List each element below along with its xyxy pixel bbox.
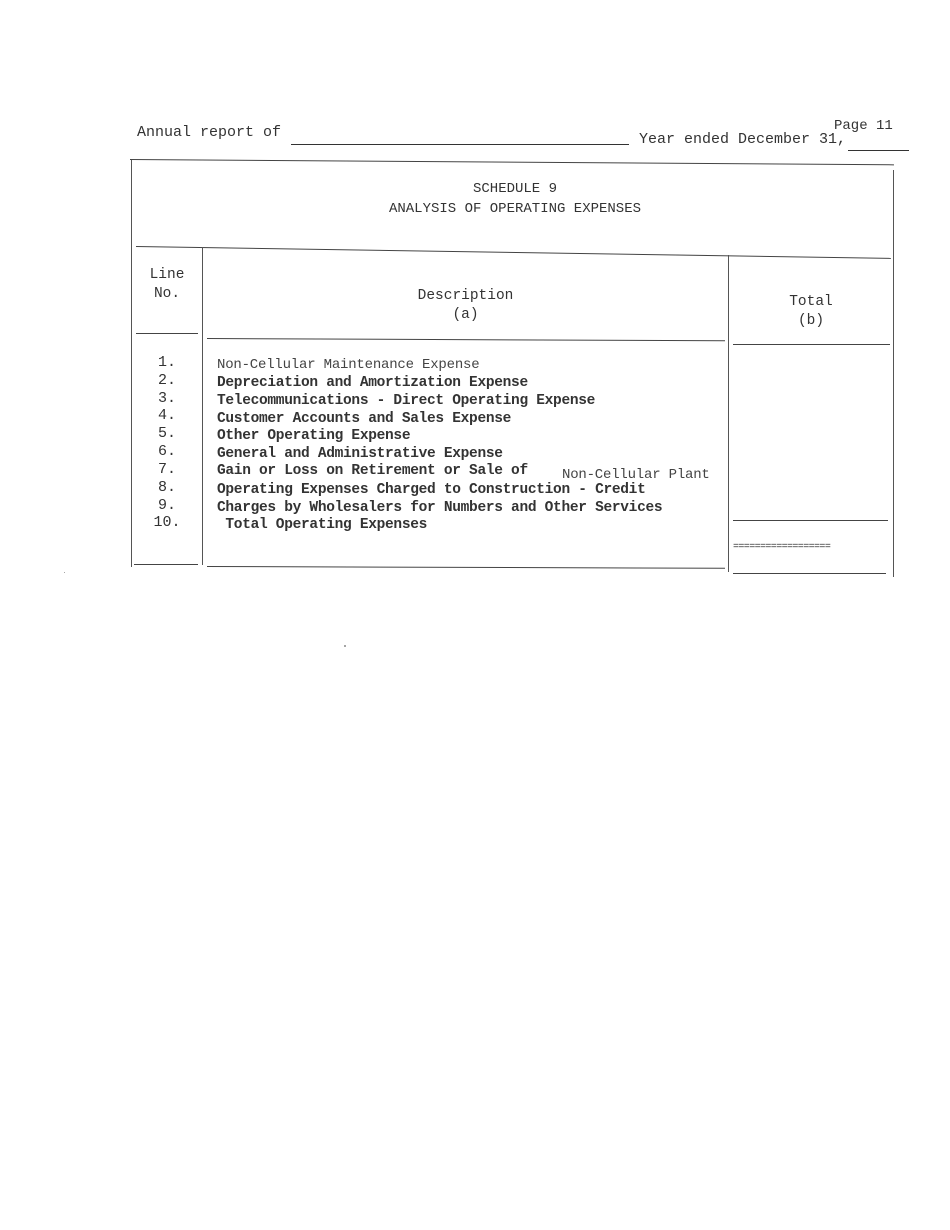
bottom-rule-desc bbox=[207, 566, 725, 569]
bottom-rule-total bbox=[733, 573, 886, 574]
column-header-description-text: Description bbox=[203, 287, 728, 306]
line-number: 10. bbox=[132, 514, 202, 531]
line-number: 8. bbox=[132, 479, 202, 496]
company-name-field[interactable] bbox=[291, 144, 629, 145]
line-number: 2. bbox=[132, 372, 202, 389]
row-description: Customer Accounts and Sales Expense bbox=[217, 411, 511, 427]
line-number: 4. bbox=[132, 407, 202, 424]
line-number: 5. bbox=[132, 425, 202, 442]
year-field[interactable] bbox=[848, 150, 909, 151]
row-description: General and Administrative Expense bbox=[217, 446, 503, 462]
total-double-underline: ================== bbox=[733, 542, 830, 553]
year-ended-label: Year ended December 31, bbox=[639, 131, 846, 148]
total-single-rule bbox=[733, 520, 888, 521]
row-description: Other Operating Expense bbox=[217, 428, 410, 444]
header-bottom-rule-line bbox=[136, 333, 198, 334]
column-header-description: Description (a) bbox=[203, 287, 728, 325]
row-description: Operating Expenses Charged to Constructi… bbox=[217, 482, 645, 498]
frame-right-border bbox=[893, 170, 894, 577]
annual-report-label: Annual report of bbox=[137, 124, 281, 141]
line-number: 3. bbox=[132, 390, 202, 407]
row-description: Total Operating Expenses bbox=[217, 517, 427, 533]
column-header-line-text: Line bbox=[132, 266, 202, 285]
scan-speck bbox=[64, 572, 65, 573]
bottom-rule-line bbox=[134, 564, 198, 565]
schedule-subtitle: ANALYSIS OF OPERATING EXPENSES bbox=[132, 201, 898, 217]
column-header-no-text: No. bbox=[132, 285, 202, 304]
line-number: 1. bbox=[132, 354, 202, 371]
header-bottom-rule-total bbox=[733, 344, 890, 345]
page-number: Page 11 bbox=[834, 118, 893, 134]
scan-speck bbox=[344, 645, 346, 647]
frame-top-border bbox=[130, 159, 894, 165]
line-number: 6. bbox=[132, 443, 202, 460]
line-number: 9. bbox=[132, 497, 202, 514]
header-top-rule bbox=[136, 246, 891, 259]
column-header-total-text: Total bbox=[729, 293, 893, 312]
row-description: Depreciation and Amortization Expense bbox=[217, 375, 528, 391]
row-description: Charges by Wholesalers for Numbers and O… bbox=[217, 500, 662, 516]
schedule-title: SCHEDULE 9 bbox=[132, 181, 898, 197]
column-header-total: Total (b) bbox=[729, 293, 893, 331]
header-bottom-rule-desc bbox=[207, 338, 725, 341]
row-description: Gain or Loss on Retirement or Sale of bbox=[217, 463, 528, 479]
row-description: Non-Cellular Maintenance Expense bbox=[217, 357, 479, 373]
line-number: 7. bbox=[132, 461, 202, 478]
column-header-description-letter: (a) bbox=[203, 306, 728, 325]
total-value-field[interactable] bbox=[733, 528, 885, 542]
column-header-line-no: Line No. bbox=[132, 266, 202, 304]
row-description: Telecommunications - Direct Operating Ex… bbox=[217, 393, 595, 409]
column-header-total-letter: (b) bbox=[729, 312, 893, 331]
row-description-suffix: Non-Cellular Plant bbox=[562, 467, 710, 483]
